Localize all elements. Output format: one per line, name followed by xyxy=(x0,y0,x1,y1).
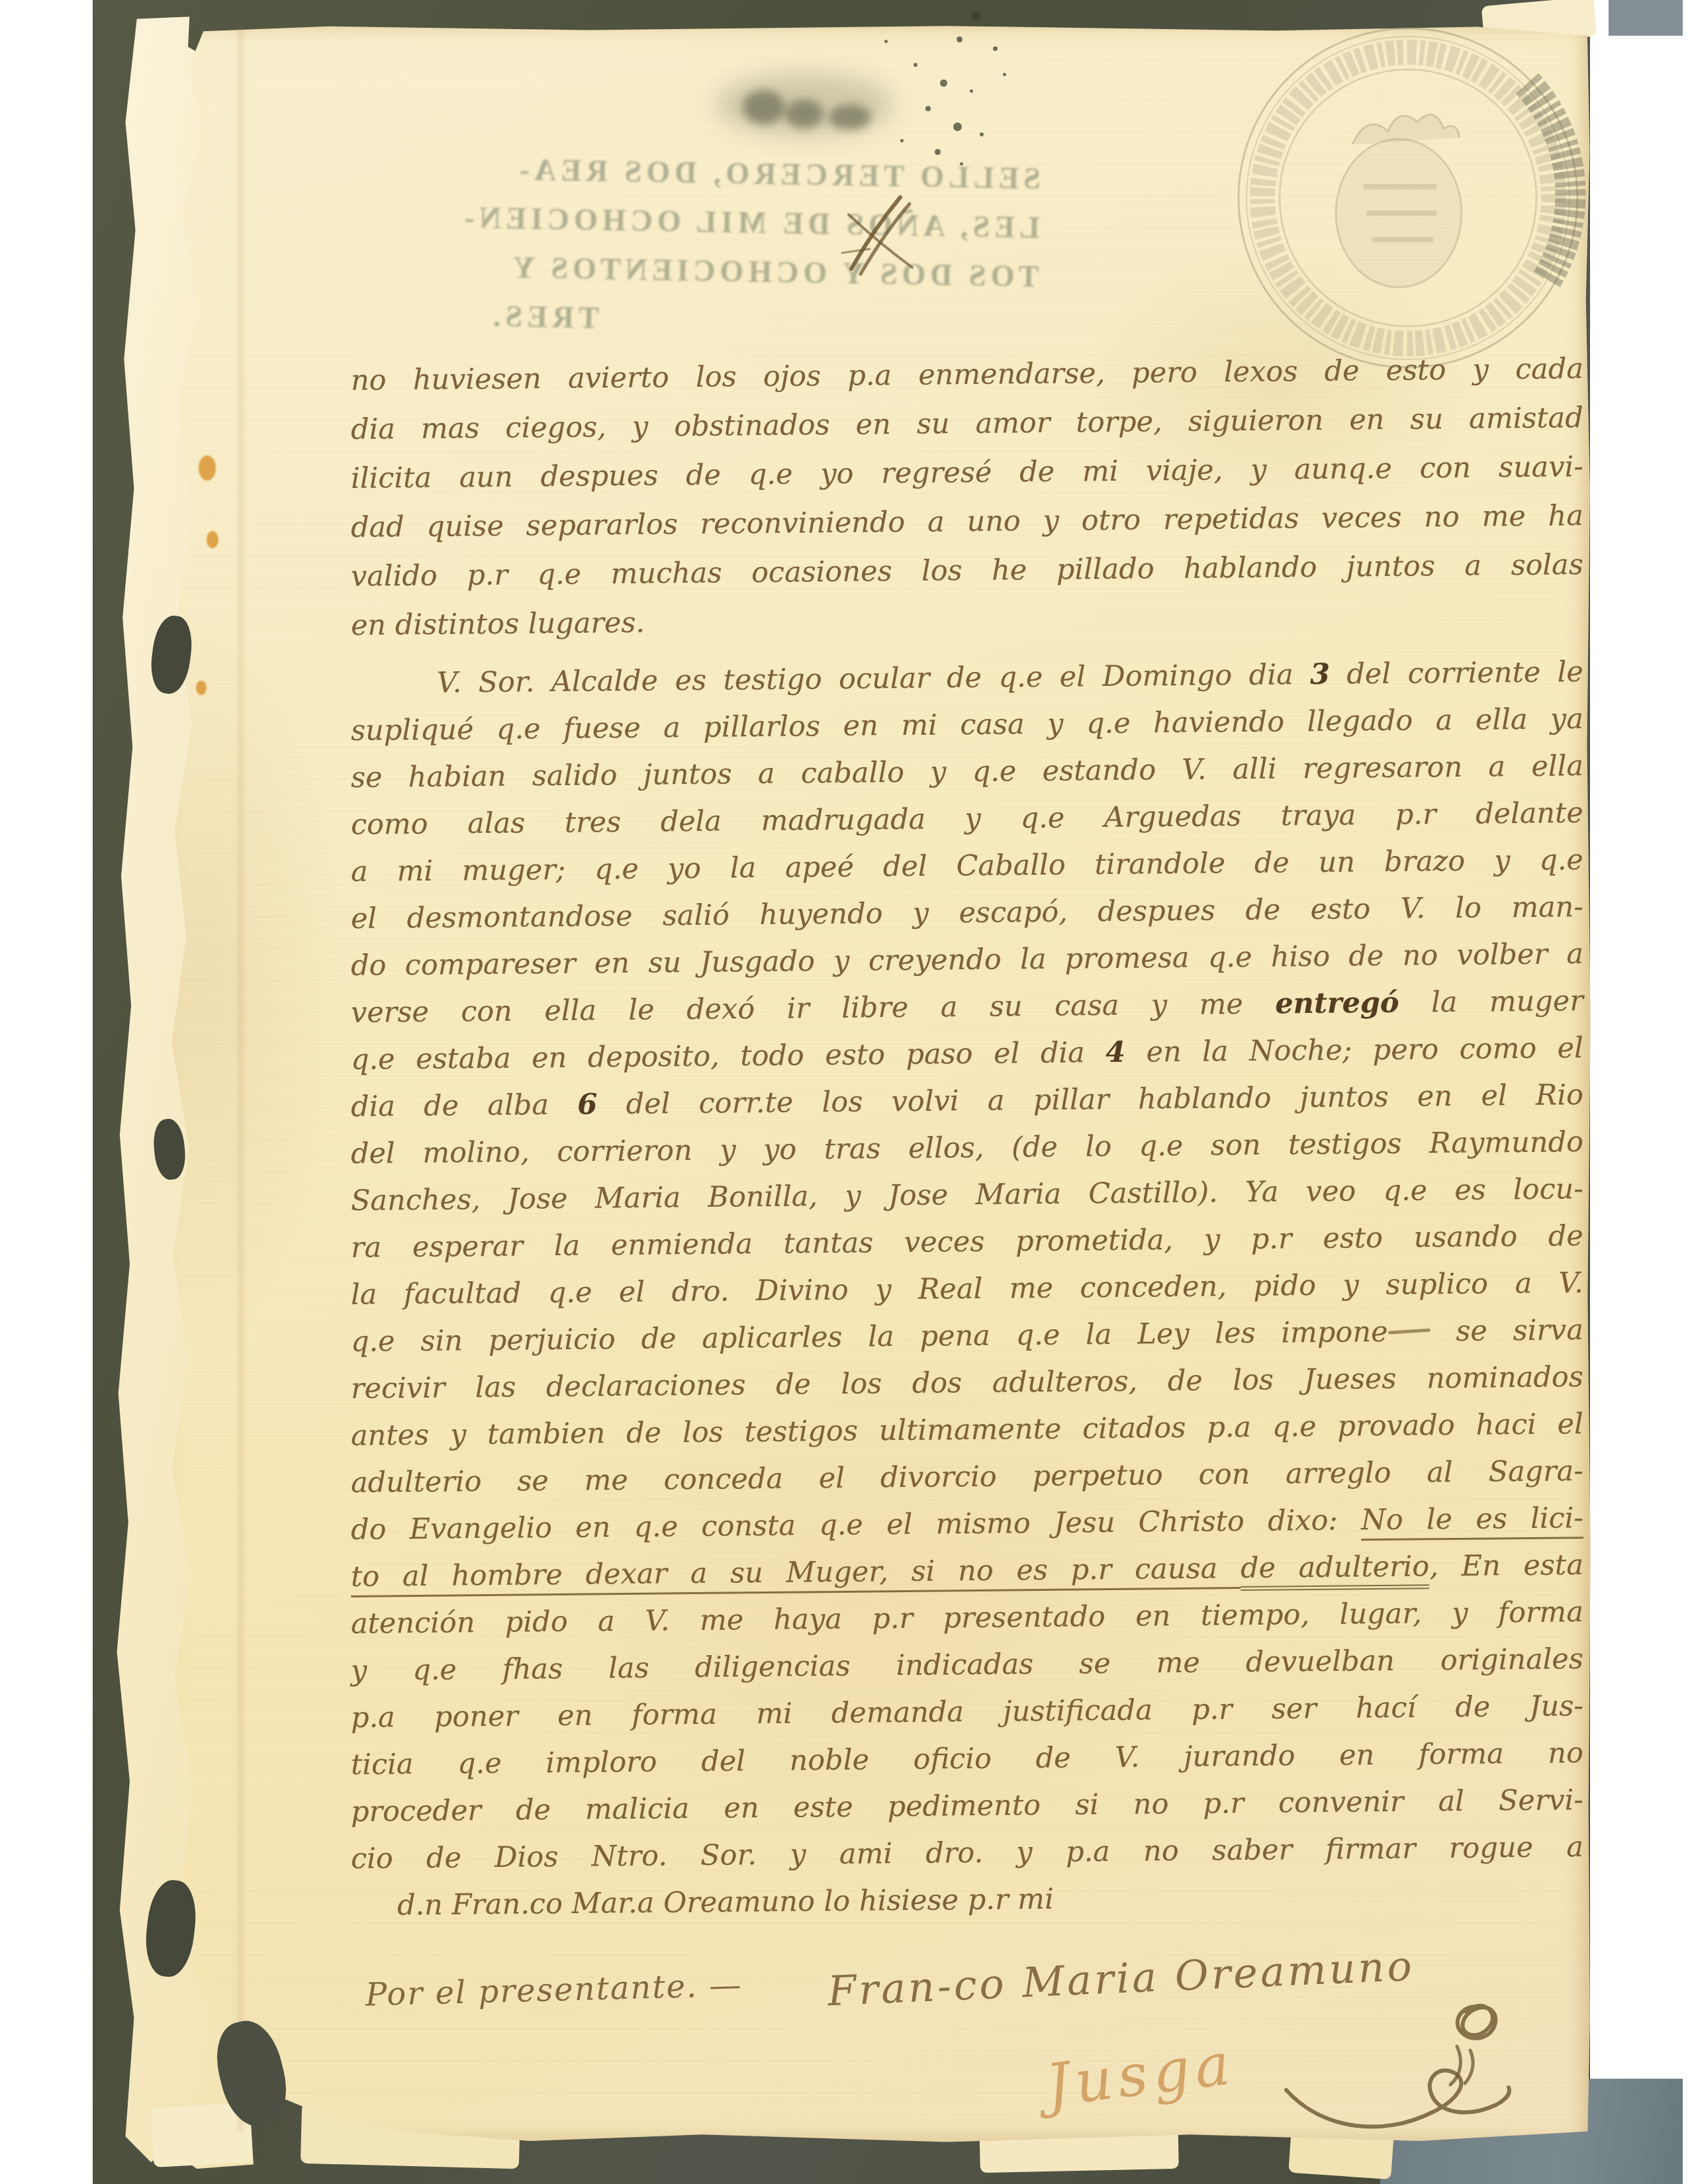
manuscript-segment: recivir las declaraciones de los dos adu… xyxy=(351,1360,1583,1405)
letterpress-offset-stamp: SELLO TERCERO, DOS REA- LES, AÑOS DE MIL… xyxy=(488,145,1041,350)
manuscript-segment: dad quise separarlos reconviniendo a uno… xyxy=(351,499,1583,544)
manuscript-segment: d.n Fran.co Mar.a Oreamuno lo hisiese p.… xyxy=(397,1883,1054,1923)
manuscript-segment: como alas tres dela madrugada y q.e Argu… xyxy=(351,796,1583,841)
manuscript-segment: verse con ella le dexó ir libre a su cas… xyxy=(351,988,1276,1029)
manuscript-segment: cio de Dios Ntro. Sor. y ami dro. y p.a … xyxy=(351,1830,1583,1875)
ink-dot xyxy=(993,46,998,51)
manuscript-segment: el desmontandose salió huyendo y escapó,… xyxy=(351,890,1583,935)
ink-dot xyxy=(980,132,984,136)
manuscript-segment: 4 xyxy=(1105,1036,1125,1069)
ink-dot xyxy=(970,89,973,93)
manuscript-segment: do compareser en su Jusgado y creyendo l… xyxy=(351,937,1583,982)
signature-rubric-flourish xyxy=(1268,1989,1513,2161)
ink-dot xyxy=(925,106,931,111)
manuscript-paragraph: V. Sor. Alcalde es testigo ocular de q.e… xyxy=(351,661,1583,1930)
manuscript-segment: p.a poner en forma mi demanda justificad… xyxy=(351,1689,1583,1734)
manuscript-segment: y q.e fhas las diligencias indicadas se … xyxy=(351,1642,1583,1687)
manuscript-segment: 6 xyxy=(577,1088,597,1121)
ink-dot xyxy=(940,79,947,87)
manuscript-segment: del molino, corrieron y yo tras ellos, (… xyxy=(351,1125,1583,1170)
manuscript-segment: dia mas ciegos, y obstinados en su amor … xyxy=(351,401,1583,446)
manuscript-segment: en distintos lugares. xyxy=(351,606,645,642)
ink-dot xyxy=(884,40,888,43)
manuscript-segment: 3 xyxy=(1310,658,1330,691)
manuscript-segment: no huviesen avierto los ojos p.a enmenda… xyxy=(351,352,1583,397)
manuscript-segment: V. Sor. Alcalde es testigo ocular de q.e… xyxy=(437,658,1311,700)
ink-smudge xyxy=(829,105,871,130)
manuscript-segment xyxy=(1387,1329,1430,1335)
manuscript-segment: del corriente le xyxy=(1330,655,1583,691)
manuscript-segment: q.e estaba en deposito, todo esto paso e… xyxy=(351,1036,1106,1076)
ink-dot xyxy=(972,12,981,21)
manuscript-segment: la facultad q.e el dro. Divino y Real me… xyxy=(351,1266,1583,1311)
manuscript-segment: antes y tambien de los testigos ultimame… xyxy=(351,1407,1583,1452)
ink-dot xyxy=(900,139,904,142)
ink-dot xyxy=(1003,73,1006,76)
manuscript-paragraph: no huviesen avierto los ojos p.a enmenda… xyxy=(351,356,1583,650)
manuscript-segment: Sanches, Jose Maria Bonilla, y Jose Mari… xyxy=(351,1172,1583,1217)
manuscript-segment: la muger xyxy=(1399,984,1583,1020)
manuscript-segment: to al hombre dexar a su Muger, si no es … xyxy=(351,1552,1241,1597)
manuscript-segment: dia de alba xyxy=(351,1088,578,1123)
manuscript-segment: adulterio se me conceda el divorcio perp… xyxy=(351,1454,1583,1499)
manuscript-segment: supliqué q.e fuese a pillarlos en mi cas… xyxy=(351,702,1583,747)
manuscript-segment: do Evangelio en q.e consta q.e el mismo … xyxy=(351,1503,1362,1546)
official-circular-seal xyxy=(1221,15,1589,382)
manuscript-segment: entregó xyxy=(1275,986,1399,1021)
manuscript-segment: q.e sin perjuicio de aplicarles la pena … xyxy=(351,1315,1388,1358)
rust-stain xyxy=(199,455,216,481)
rust-stain xyxy=(207,531,218,548)
manuscript-segment: atención pido a V. me haya p.r presentad… xyxy=(351,1595,1583,1640)
manuscript-segment: se habian salido juntos a caballo y q.e … xyxy=(351,749,1583,794)
rust-stain xyxy=(196,681,207,695)
manuscript-segment: ticia q.e imploro del noble oficio de V.… xyxy=(351,1736,1583,1781)
ink-dot xyxy=(935,149,941,155)
ink-dot xyxy=(957,36,962,42)
paper-fold-line xyxy=(238,26,243,2132)
manuscript-segment: de adulterio xyxy=(1241,1550,1430,1591)
background-slate-patch xyxy=(1609,0,1683,36)
manuscript-segment: ra esperar la enmienda tantas veces prom… xyxy=(351,1219,1583,1264)
ink-dot xyxy=(953,122,962,131)
manuscript-segment: se sirva xyxy=(1430,1313,1583,1348)
manuscript-segment: a mi muger; q.e yo la apeé del Caballo t… xyxy=(351,843,1583,888)
handwritten-cross-mark xyxy=(835,188,928,281)
manuscript-segment: proceder de malicia en este pedimento si… xyxy=(351,1783,1583,1828)
manuscript-text: no huviesen avierto los ojos p.a enmenda… xyxy=(351,356,1583,1930)
ink-smudge xyxy=(785,99,823,128)
scanned-document: SELLO TERCERO, DOS REA- LES, AÑOS DE MIL… xyxy=(0,0,1688,2184)
stamp-line: TRES. xyxy=(488,292,1038,350)
ink-dot xyxy=(960,162,963,166)
manuscript-segment: valido p.r q.e muchas ocasiones los he p… xyxy=(351,548,1583,593)
manuscript-segment: en la Noche; pero como el xyxy=(1125,1031,1583,1069)
manuscript-segment: , En esta xyxy=(1429,1548,1583,1583)
manuscript-segment: ilicita aun despues de q.e yo regresé de… xyxy=(351,450,1583,495)
manuscript-segment: del corr.te los volvi a pillar hablando … xyxy=(597,1078,1583,1121)
manuscript-segment: No le es lici- xyxy=(1361,1501,1583,1541)
ink-smudge xyxy=(743,90,785,124)
ink-dot xyxy=(914,63,917,67)
